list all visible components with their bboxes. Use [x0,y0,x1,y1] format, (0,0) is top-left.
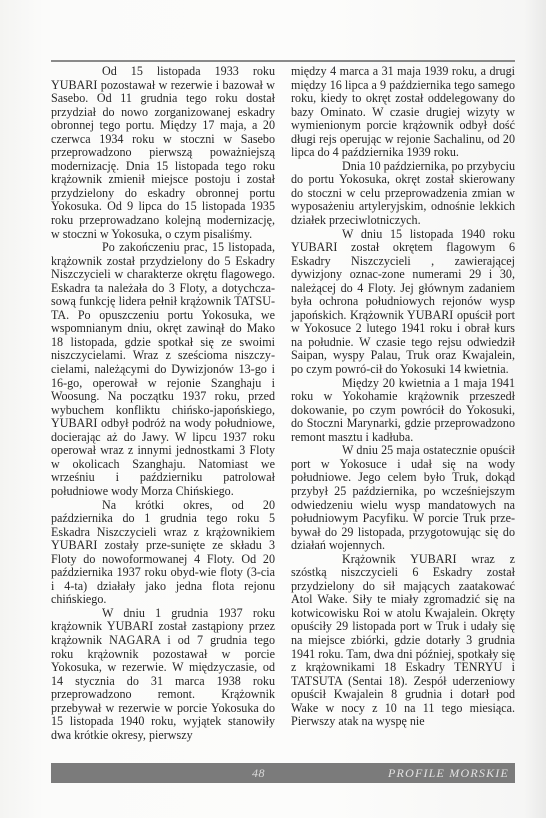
magazine-title: PROFILE MORSKIE [388,766,509,781]
page-footer: 48 PROFILE MORSKIE [51,763,515,783]
paragraph: Krążownik YUBARI wraz z szóstką niszczyc… [291,553,515,729]
paragraph: Po zakończeniu prac, 15 listopada, krążo… [51,241,275,498]
paragraph: Od 15 listopada 1933 roku YUBARI pozosta… [51,65,275,241]
paragraph: W dniu 25 maja ostatecznie opuścił port … [291,444,515,552]
paragraph: Dnia 10 października, po przybyciu do po… [291,160,515,228]
article-body: Od 15 listopada 1933 roku YUBARI pozosta… [51,65,515,742]
left-column: Od 15 listopada 1933 roku YUBARI pozosta… [51,65,275,742]
header-rule [51,60,515,62]
paragraph: W dniu 15 listopada 1940 roku YUBARI zos… [291,228,515,377]
paragraph: W dniu 1 grudnia 1937 roku krążownik YUB… [51,607,275,742]
paragraph: między 4 marca a 31 maja 1939 roku, a dr… [291,65,515,160]
paragraph: Na krótki okres, od 20 października do 1… [51,499,275,607]
paragraph: Między 20 kwietnia a 1 maja 1941 roku w … [291,377,515,445]
page-number: 48 [252,766,265,781]
right-column: między 4 marca a 31 maja 1939 roku, a dr… [291,65,515,742]
